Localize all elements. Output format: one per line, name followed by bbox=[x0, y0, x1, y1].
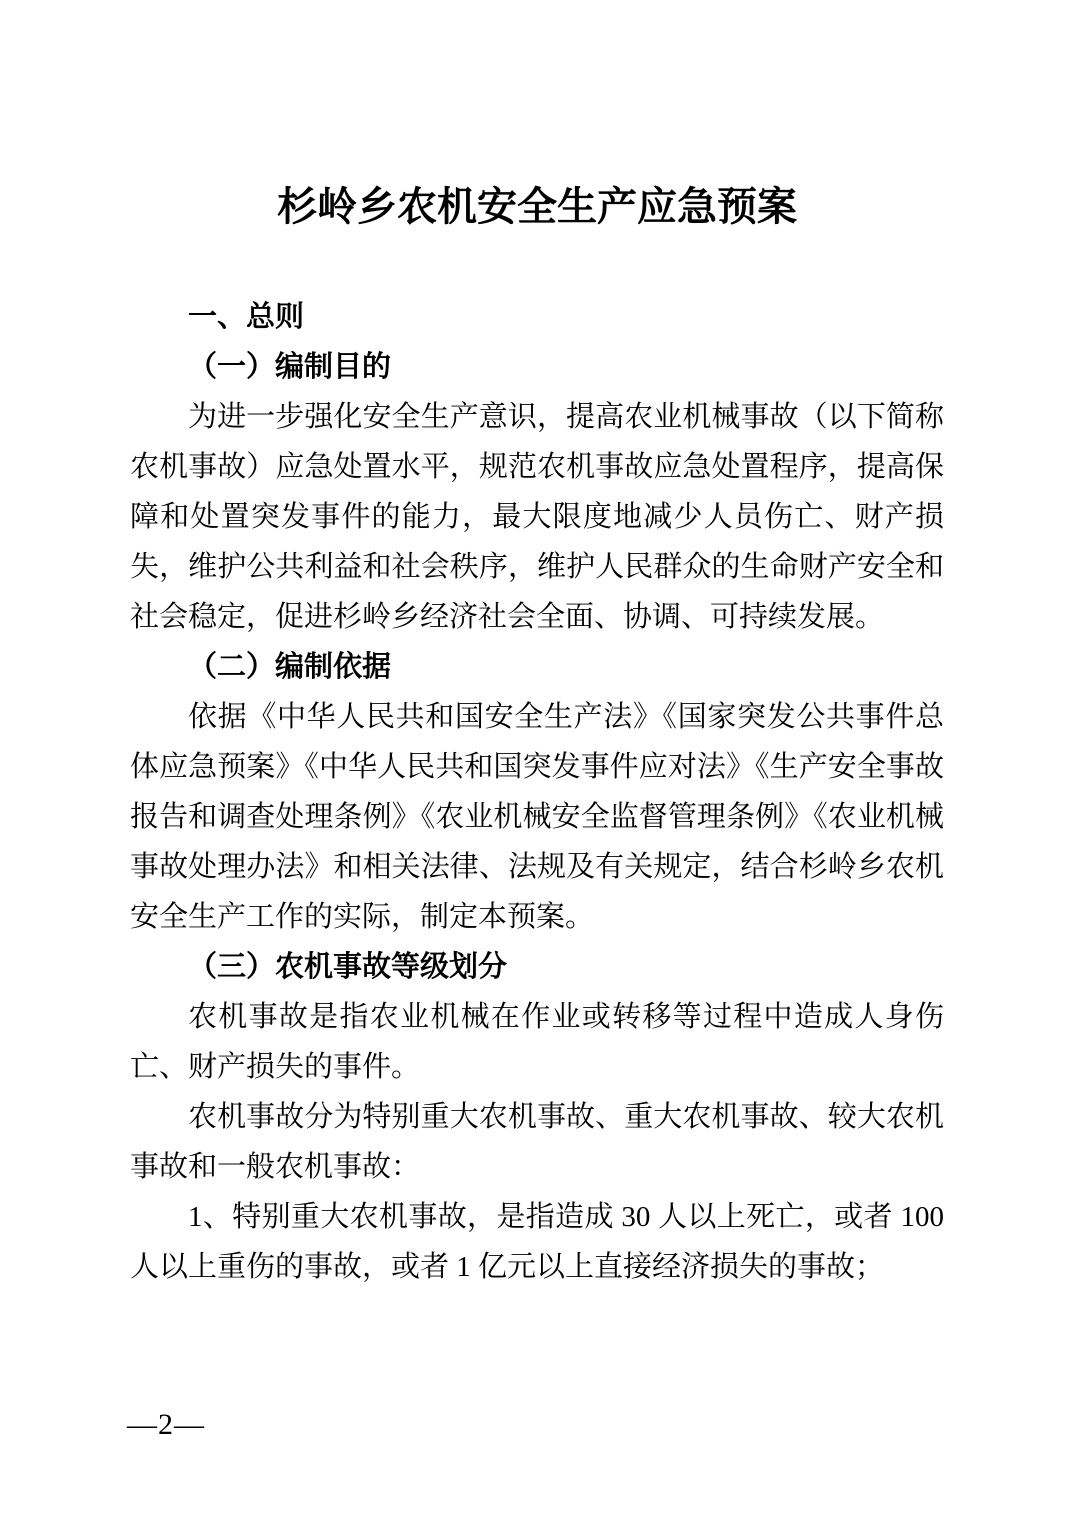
page-number: —2— bbox=[127, 1406, 205, 1444]
paragraph-basis: 依据《中华人民共和国安全生产法》《国家突发公共事件总体应急预案》《中华人民共和国… bbox=[130, 692, 944, 942]
section-heading-accident-levels: （三）农机事故等级划分 bbox=[130, 942, 944, 992]
paragraph-accident-categories: 农机事故分为特别重大农机事故、重大农机事故、较大农机事故和一般农机事故： bbox=[130, 1092, 944, 1192]
section-heading-basis: （二）编制依据 bbox=[130, 642, 944, 692]
document-page: 杉岭乡农机安全生产应急预案 一、总则 （一）编制目的 为进一步强化安全生产意识，… bbox=[0, 0, 1074, 1520]
document-title: 杉岭乡农机安全生产应急预案 bbox=[130, 183, 944, 231]
chapter-heading: 一、总则 bbox=[130, 292, 944, 342]
paragraph-accident-definition: 农机事故是指农业机械在作业或转移等过程中造成人身伤亡、财产损失的事件。 bbox=[130, 992, 944, 1092]
section-heading-purpose: （一）编制目的 bbox=[130, 342, 944, 392]
paragraph-level-1-definition: 1、特别重大农机事故，是指造成 30 人以上死亡，或者 100 人以上重伤的事故… bbox=[130, 1192, 944, 1292]
paragraph-purpose: 为进一步强化安全生产意识，提高农业机械事故（以下简称农机事故）应急处置水平，规范… bbox=[130, 392, 944, 642]
document-body: 一、总则 （一）编制目的 为进一步强化安全生产意识，提高农业机械事故（以下简称农… bbox=[130, 292, 944, 1292]
